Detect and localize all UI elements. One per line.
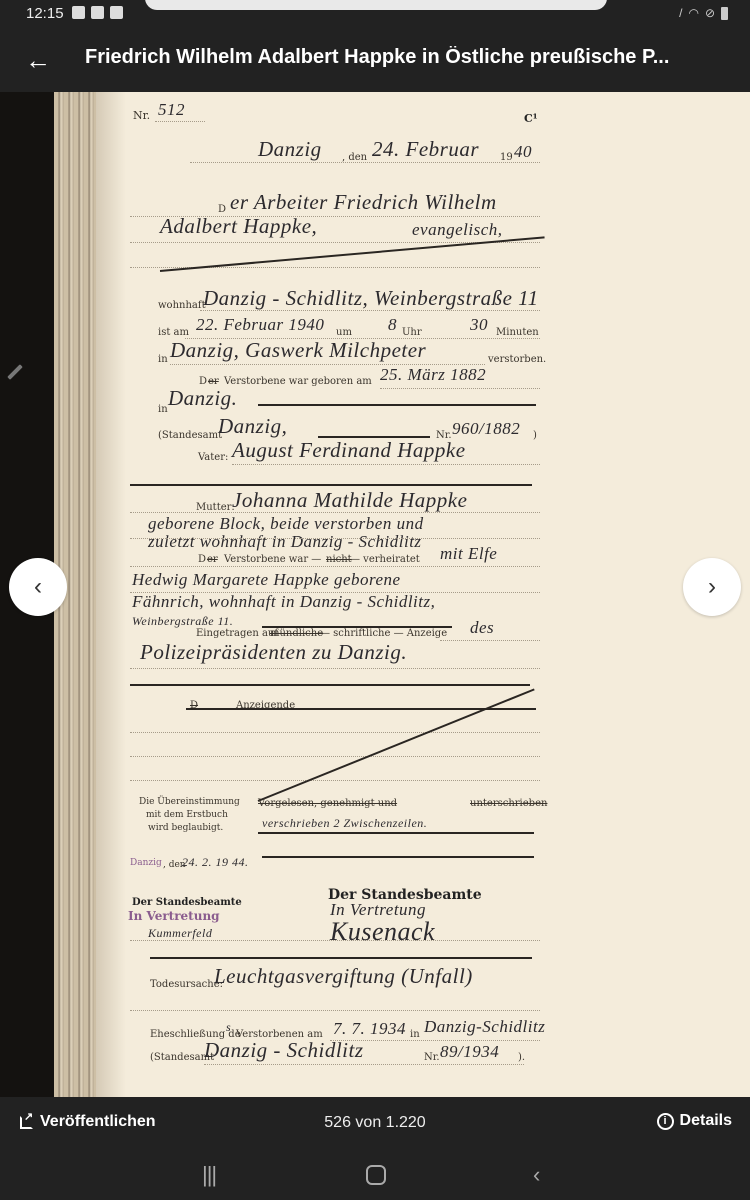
registered-label-1: Eingetragen auf [196, 628, 278, 639]
pen-icon: / [679, 6, 682, 20]
battery-icon [721, 7, 728, 20]
certification-line-3: wird beglaubigt. [148, 823, 223, 833]
registry-nr-value: 960/1882 [452, 419, 520, 439]
birth-in-label: in [158, 404, 168, 415]
in-vertretung-stamp: In Vertretung [128, 909, 220, 923]
mother-line-2: geborene Block, beide verstorben und [148, 514, 424, 534]
spouse-line-3: Weinbergstraße 11. [132, 614, 233, 629]
father-value: August Ferdinand Happke [232, 438, 466, 463]
marital-struck-nicht: nicht [326, 554, 352, 565]
residence-value: Danzig - Schidlitz, Weinbergstraße 11 [203, 286, 539, 311]
death-place: Danzig, Gaswerk Milchpeter [170, 338, 426, 363]
marriage-registry-value: Danzig - Schidlitz [204, 1038, 364, 1063]
death-minutes: 30 [470, 315, 488, 335]
left-official-signature: Kummerfeld [148, 926, 212, 941]
status-icons-right: / ◠ ⊘ [679, 6, 728, 20]
right-official-signature: Kusenack [330, 917, 435, 947]
corner-mark: C¹ [524, 112, 538, 125]
arrow-left-icon: ← [25, 45, 51, 76]
registered-struck: mündliche [270, 628, 323, 639]
registry-close: ) [533, 430, 537, 441]
birth-label: Verstorbene war geboren am [224, 376, 372, 387]
marriage-registry-nr-label: Nr. [424, 1052, 440, 1063]
marriage-in-label: in [410, 1029, 420, 1040]
details-button[interactable]: i Details [657, 1112, 732, 1130]
record-place: Danzig [258, 137, 322, 162]
spouse-line-1: Hedwig Margarete Happke geborene [132, 570, 401, 590]
year-prefix: 19 [500, 152, 513, 163]
marriage-place: Danzig-Schidlitz [424, 1017, 545, 1037]
registered-by: Polizeipräsidenten zu Danzig. [140, 640, 407, 665]
nr-value: 512 [158, 100, 185, 120]
residence-label: wohnhaft [158, 300, 206, 311]
uhr-label: Uhr [402, 327, 422, 338]
marital-value: mit Elfe [440, 544, 497, 564]
app-icon [91, 6, 104, 19]
previous-image-button[interactable]: ‹ [9, 558, 67, 616]
translate-icon [110, 6, 123, 19]
registered-label-2: — schriftliche — Anzeige [320, 628, 447, 639]
religion: evangelisch, [412, 220, 503, 240]
marriage-registry-nr-value: 89/1934 [440, 1042, 499, 1062]
marriage-date: 7. 7. 1934 [333, 1019, 406, 1039]
birth-date: 25. März 1882 [380, 365, 486, 385]
registry-value: Danzig, [218, 414, 287, 439]
person-line-1: er Arbeiter Friedrich Wilhelm [230, 190, 497, 215]
um-label: um [336, 327, 352, 338]
recent-apps-button[interactable]: ||| [202, 1162, 216, 1188]
back-button[interactable]: ← [22, 44, 54, 76]
verstorben-label: verstorben. [488, 354, 546, 365]
father-label: Vater: [198, 452, 228, 463]
registered-value: des [470, 618, 494, 638]
cause-of-death-label: Todesursache: [150, 979, 223, 990]
person-line-2: Adalbert Happke, [160, 214, 317, 239]
app-header: ← Friedrich Wilhelm Adalbert Happke in Ö… [0, 28, 750, 92]
status-time: 12:15 [26, 5, 64, 22]
system-navigation-bar: ||| ‹ [0, 1150, 750, 1200]
cert-date-value: 24. 2. 19 [182, 855, 229, 870]
certification-line-1: Die Übereinstimmung [139, 797, 240, 807]
minuten-label: Minuten [496, 327, 539, 338]
marriage-value-s: s [226, 1020, 231, 1035]
chevron-right-icon: › [708, 573, 716, 601]
registry-label: (Standesamt [158, 430, 222, 441]
year-suffix: 40 [514, 142, 532, 162]
spouse-line-2: Fähnrich, wohnhaft in Danzig - Schidlitz… [132, 592, 435, 612]
next-image-button[interactable]: › [683, 558, 741, 616]
in-label: in [158, 354, 168, 365]
marriage-registry-close: ). [518, 1052, 525, 1063]
cause-of-death-value: Leuchtgasvergiftung (Unfall) [214, 964, 473, 989]
mother-line-3: zuletzt wohnhaft in Danzig - Schidlitz [148, 532, 422, 552]
image-viewer[interactable]: Nr. 512 C¹ Danzig , den 24. Februar 19 4… [0, 92, 750, 1097]
home-button[interactable] [366, 1165, 386, 1185]
marital-label-1: Verstorbene war — [224, 554, 321, 565]
ist-am-label: ist am [158, 327, 189, 338]
birth-place: Danzig. [168, 386, 237, 411]
chevron-left-icon: ‹ [34, 573, 42, 601]
bottom-toolbar: Veröffentlichen 526 von 1.220 i Details [0, 1097, 750, 1150]
wifi-icon: ◠ [688, 6, 698, 20]
notification-pill [145, 0, 607, 10]
mother-value: Johanna Mathilde Happke [232, 488, 467, 513]
den-label: , den [342, 152, 367, 163]
status-bar: 12:15 / ◠ ⊘ [0, 0, 750, 28]
do-not-disturb-icon: ⊘ [705, 6, 715, 20]
read-approved-struck-2: unterschrieben [470, 798, 547, 809]
cert-date-year: 44. [232, 855, 249, 870]
death-date: 22. Februar 1940 [196, 315, 324, 335]
page-title: Friedrich Wilhelm Adalbert Happke in Öst… [85, 46, 725, 69]
gallery-icon [72, 6, 85, 19]
details-label: Details [680, 1112, 732, 1130]
death-hour: 8 [388, 315, 397, 335]
read-approved-struck: Vorgelesen, genehmigt und [258, 798, 397, 809]
death-record: Nr. 512 C¹ Danzig , den 24. Februar 19 4… [0, 92, 750, 1097]
marital-label-2: — verheiratet [350, 554, 420, 565]
read-approved-value: verschrieben 2 Zwischenzeilen. [262, 816, 427, 831]
marital-prefix: D [198, 554, 206, 565]
certification-line-2: mit dem Erstbuch [146, 810, 228, 820]
nr-label: Nr. [133, 109, 150, 122]
info-icon: i [657, 1113, 674, 1130]
record-date: 24. Februar [372, 137, 479, 162]
cert-place-stamp: Danzig [130, 858, 162, 868]
marital-struck-er: er [207, 554, 218, 565]
left-official-title: Der Standesbeamte [132, 897, 242, 908]
system-back-button[interactable]: ‹ [533, 1162, 540, 1188]
status-icons-left [72, 6, 123, 19]
image-counter: 526 von 1.220 [0, 1114, 750, 1132]
